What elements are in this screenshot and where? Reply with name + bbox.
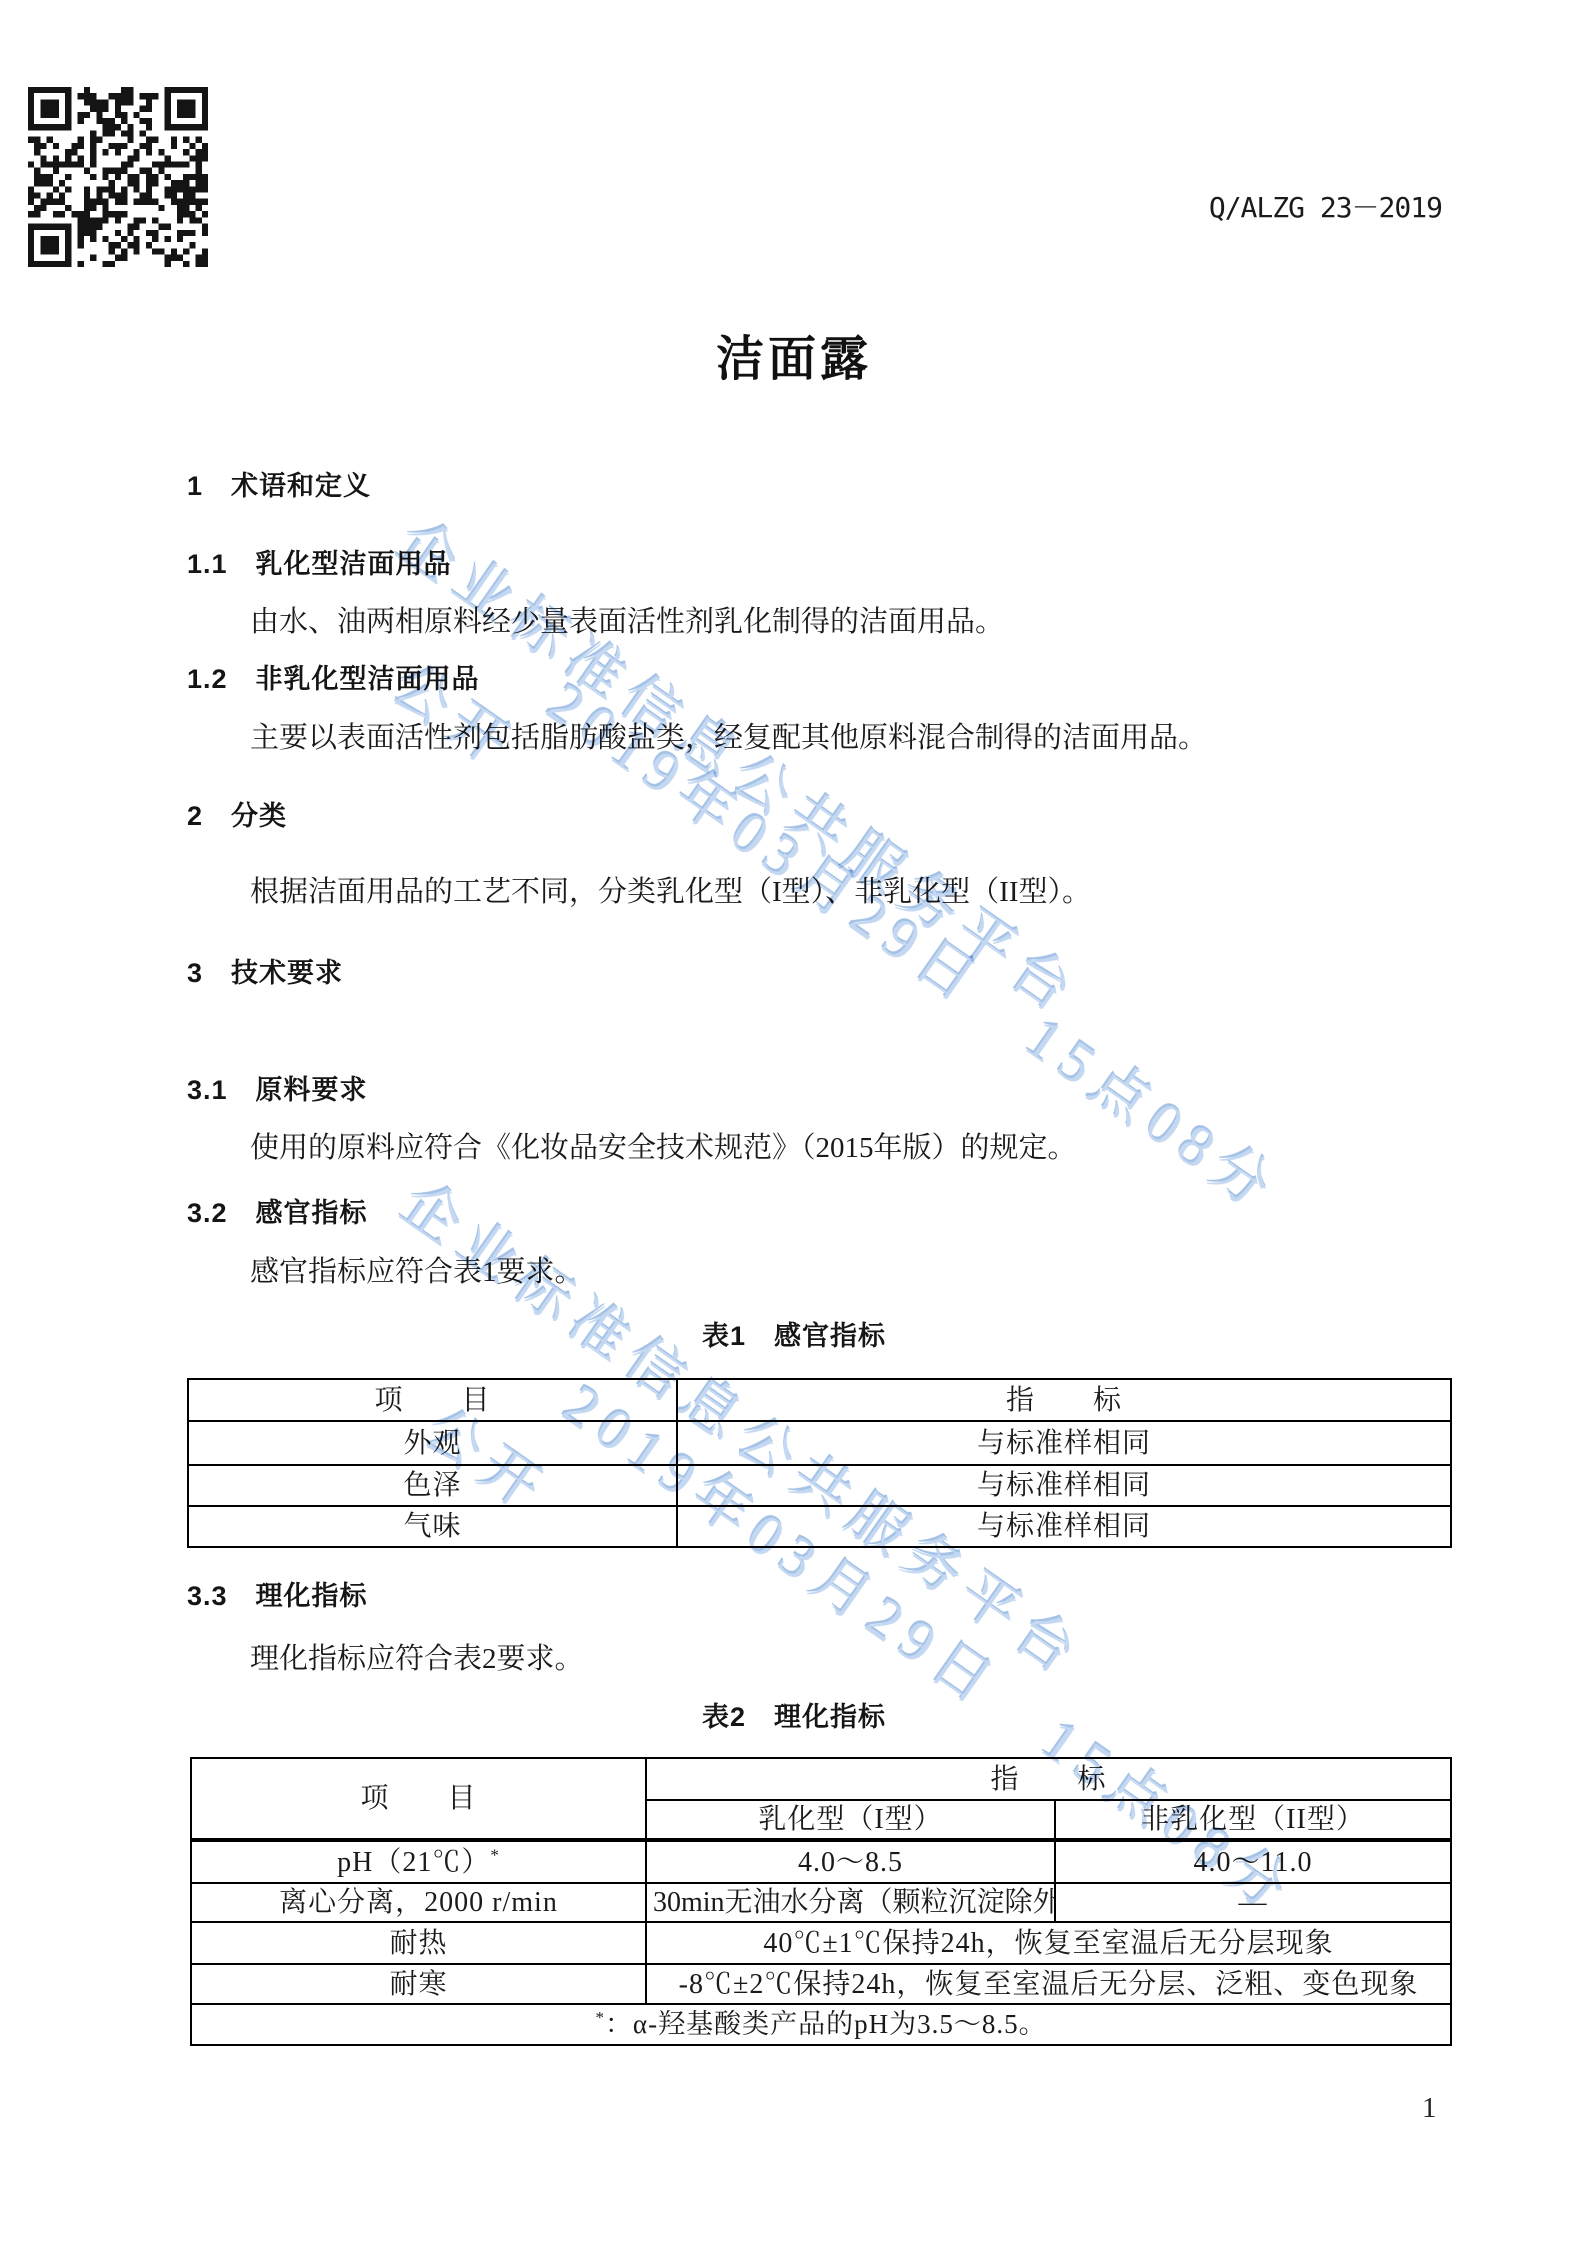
table2-footnote: *：α-羟基酸类产品的pH为3.5～8.5。 (191, 2004, 1451, 2045)
page-title: 洁面露 (0, 330, 1588, 390)
table2-header-item: 项 目 (191, 1758, 646, 1840)
table2-row-heat-value: 40℃±1℃保持24h，恢复至室温后无分层现象 (646, 1922, 1451, 1964)
qr-code-icon (28, 87, 208, 267)
ph-footnote-marker: * (490, 1845, 500, 1864)
table2-caption: 表2 理化指标 (0, 1701, 1588, 1735)
heading-non-emulsified-product: 1.2 非乳化型洁面用品 (187, 663, 480, 697)
document-page: 企业标准信息公共服务平台 2019年03月29日 15点08分 公开 企业标准信… (0, 0, 1588, 2245)
table1-row-appearance-value: 与标准样相同 (677, 1421, 1451, 1465)
table1-row-odor-item: 气味 (188, 1506, 677, 1547)
table2-row-cold-value: -8℃±2℃保持24h，恢复至室温后无分层、泛粗、变色现象 (646, 1964, 1451, 2004)
heading-technical-requirements: 3 技术要求 (187, 957, 343, 991)
heading-terms-definitions: 1 术语和定义 (187, 470, 371, 504)
footnote-text: ：α-羟基酸类产品的pH为3.5～8.5。 (605, 2009, 1047, 2039)
standard-doc-number: Q/ALZG 23－2019 (1209, 190, 1442, 225)
table1-header-indicator: 指 标 (677, 1379, 1451, 1421)
table2-row-centrifuge-type2: — (1055, 1883, 1451, 1922)
physicochemical-indicators-table: 项 目 指 标 乳化型（I型） 非乳化型（II型） pH（21℃）* 4.0～8… (190, 1757, 1452, 2046)
heading-sensory-indicators: 3.2 感官指标 (187, 1197, 368, 1231)
paragraph-sensory: 感官指标应符合表1要求。 (250, 1254, 584, 1290)
paragraph-physicochemical: 理化指标应符合表2要求。 (250, 1641, 584, 1677)
heading-classification: 2 分类 (187, 800, 287, 834)
table2-header-type2: 非乳化型（II型） (1055, 1800, 1451, 1840)
page-number: 1 (1422, 2090, 1437, 2126)
table1-row-odor-value: 与标准样相同 (677, 1506, 1451, 1547)
heading-physicochemical-indicators: 3.3 理化指标 (187, 1580, 368, 1614)
paragraph-non-emulsified-definition: 主要以表面活性剂包括脂肪酸盐类，经复配其他原料混合制得的洁面用品。 (250, 720, 1207, 756)
heading-emulsified-product: 1.1 乳化型洁面用品 (187, 548, 452, 582)
table2-row-centrifuge-item: 离心分离，2000 r/min (191, 1883, 646, 1922)
table2-row-cold-item: 耐寒 (191, 1964, 646, 2004)
table2-row-centrifuge-type1: 30min无油水分离（颗粒沉淀除外） (646, 1883, 1055, 1922)
paragraph-raw-material: 使用的原料应符合《化妆品安全技术规范》（2015年版）的规定。 (250, 1130, 1077, 1166)
footnote-marker: * (595, 2008, 605, 2027)
table1-header-item: 项 目 (188, 1379, 677, 1421)
table2-header-indicator: 指 标 (646, 1758, 1451, 1800)
ph-item-text: pH（21℃） (337, 1847, 490, 1878)
table2-row-ph-type1: 4.0～8.5 (646, 1840, 1055, 1883)
table1-row-color-item: 色泽 (188, 1465, 677, 1506)
table2-row-heat-item: 耐热 (191, 1922, 646, 1964)
paragraph-classification: 根据洁面用品的工艺不同，分类乳化型（I型）、非乳化型（II型）。 (250, 874, 1091, 910)
sensory-indicators-table: 项 目 指 标 外观 与标准样相同 色泽 与标准样相同 气味 与标准样相同 (187, 1378, 1452, 1548)
table1-caption: 表1 感官指标 (0, 1320, 1588, 1354)
table2-row-ph-item: pH（21℃）* (191, 1840, 646, 1883)
paragraph-emulsified-definition: 由水、油两相原料经少量表面活性剂乳化制得的洁面用品。 (250, 604, 1004, 640)
heading-raw-material-requirements: 3.1 原料要求 (187, 1074, 368, 1108)
table1-row-color-value: 与标准样相同 (677, 1465, 1451, 1506)
watermark-platform-line: 企业标准信息公共服务平台 (384, 496, 1101, 1033)
table2-row-ph-type2: 4.0～11.0 (1055, 1840, 1451, 1883)
table2-header-type1: 乳化型（I型） (646, 1800, 1055, 1840)
table1-row-appearance-item: 外观 (188, 1421, 677, 1465)
